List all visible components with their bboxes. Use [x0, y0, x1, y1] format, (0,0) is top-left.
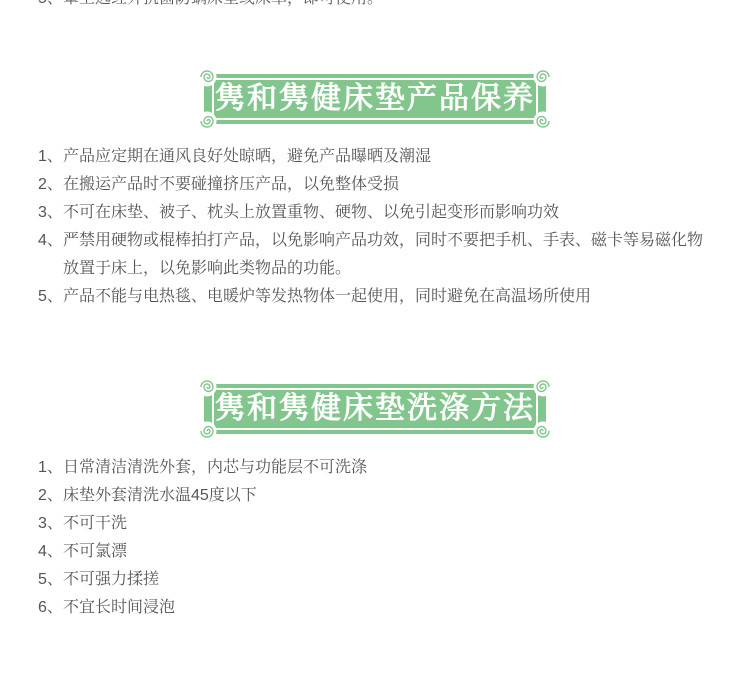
list-item-number: 3、 — [38, 510, 63, 538]
list-item-text: 床垫外套清洗水温45度以下 — [63, 482, 730, 510]
list-item: 6、 不宜长时间浸泡 — [38, 594, 730, 622]
list-item-number: 3、 — [38, 199, 63, 227]
list-item: 2、 在搬运产品时不要碰撞挤压产品，以免整体受损 — [38, 171, 730, 199]
list-item: 2、 床垫外套清洗水温45度以下 — [38, 482, 730, 510]
list-item-number: 5、 — [38, 566, 63, 594]
list-item: 1、 日常清洁清洗外套，内芯与功能层不可洗涤 — [38, 454, 730, 482]
scroll-spiral-icon — [533, 67, 553, 87]
list-item-text: 不可在床垫、被子、枕头上放置重物、硬物、以免引起变形而影响功效 — [63, 199, 730, 227]
list-item-text: 不可氯漂 — [63, 538, 730, 566]
section-title-care: 隽和隽健床垫产品保养 — [215, 84, 535, 114]
list-item-number: 5、 — [38, 283, 63, 311]
list-item-text: 不宜长时间浸泡 — [63, 594, 730, 622]
list-item: 5、 不可强力揉搓 — [38, 566, 730, 594]
scroll-spiral-icon — [197, 377, 217, 397]
list-item-text: 严禁用硬物或棍棒拍打产品，以免影响产品功效，同时不要把手机、手表、磁卡等易磁化物… — [63, 227, 730, 283]
list-item-number: 1、 — [38, 143, 63, 171]
washing-instruction-list: 1、 日常清洁清洗外套，内芯与功能层不可洗涤 2、 床垫外套清洗水温45度以下 … — [38, 454, 730, 622]
list-item-text: 日常清洁清洗外套，内芯与功能层不可洗涤 — [63, 454, 730, 482]
section-banner-care: 隽和隽健床垫产品保养 — [204, 74, 546, 124]
care-instruction-list: 1、 产品应定期在通风良好处晾晒，避免产品曝晒及潮湿 2、 在搬运产品时不要碰撞… — [38, 143, 730, 311]
list-item-number: 5、 — [38, 0, 63, 8]
list-item-number: 6、 — [38, 594, 63, 622]
list-item: 5、 产品不能与电热毯、电暖炉等发热物体一起使用，同时避免在高温场所使用 — [38, 283, 730, 311]
list-item-number: 1、 — [38, 454, 63, 482]
list-item-text: 罩上远红外抗菌防螨床垫或床单，即可使用。 — [63, 0, 383, 8]
list-item: 3、 不可在床垫、被子、枕头上放置重物、硬物、以免引起变形而影响功效 — [38, 199, 730, 227]
list-item: 4、 不可氯漂 — [38, 538, 730, 566]
scroll-spiral-icon — [533, 421, 553, 441]
clipped-previous-list-item: 5、 罩上远红外抗菌防螨床垫或床单，即可使用。 — [38, 0, 738, 8]
scroll-spiral-icon — [533, 111, 553, 131]
section-banner-washing: 隽和隽健床垫洗涤方法 — [204, 384, 546, 434]
list-item: 4、 严禁用硬物或棍棒拍打产品，以免影响产品功效，同时不要把手机、手表、磁卡等易… — [38, 227, 730, 283]
scroll-spiral-icon — [197, 67, 217, 87]
list-item-text: 产品不能与电热毯、电暖炉等发热物体一起使用，同时避免在高温场所使用 — [63, 283, 730, 311]
list-item: 1、 产品应定期在通风良好处晾晒，避免产品曝晒及潮湿 — [38, 143, 730, 171]
scroll-spiral-icon — [197, 111, 217, 131]
list-item-number: 4、 — [38, 227, 63, 283]
list-item-number: 2、 — [38, 171, 63, 199]
list-item: 3、 不可干洗 — [38, 510, 730, 538]
product-description-page: 5、 罩上远红外抗菌防螨床垫或床单，即可使用。 隽和隽健床垫产品保养 1、 产品… — [0, 0, 750, 689]
list-item-number: 4、 — [38, 538, 63, 566]
list-item-text: 在搬运产品时不要碰撞挤压产品，以免整体受损 — [63, 171, 730, 199]
scroll-spiral-icon — [533, 377, 553, 397]
list-item-text: 不可强力揉搓 — [63, 566, 730, 594]
scroll-spiral-icon — [197, 421, 217, 441]
section-title-washing: 隽和隽健床垫洗涤方法 — [215, 394, 535, 424]
list-item-number: 2、 — [38, 482, 63, 510]
list-item-text: 不可干洗 — [63, 510, 730, 538]
list-item-text: 产品应定期在通风良好处晾晒，避免产品曝晒及潮湿 — [63, 143, 730, 171]
